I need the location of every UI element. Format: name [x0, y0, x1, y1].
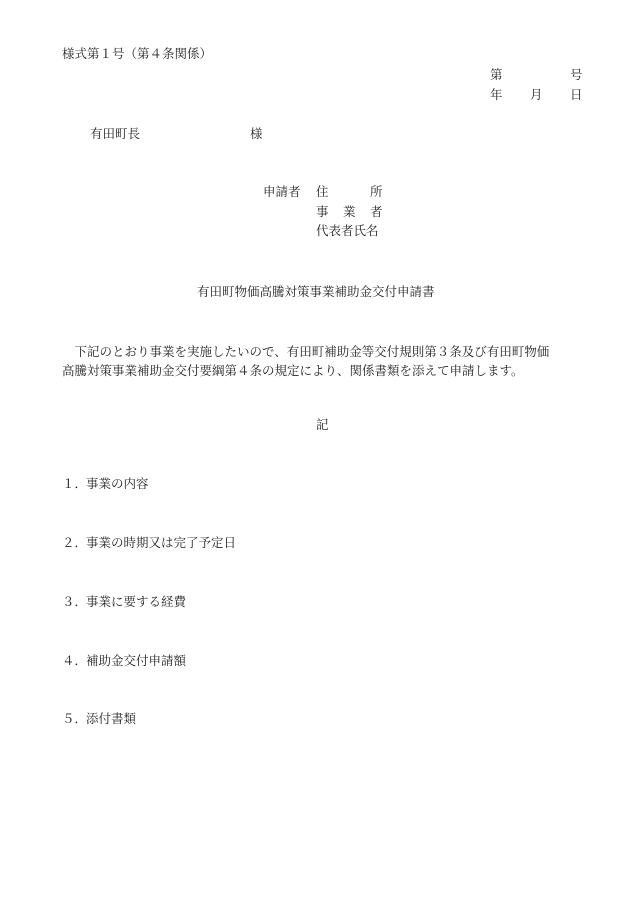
item-label: 事業の内容	[86, 476, 149, 491]
list-item: ３．事業に要する経費	[62, 596, 186, 609]
applicant-address-label-2: 所	[370, 186, 383, 199]
item-label: 事業に要する経費	[86, 594, 186, 609]
date-month-label: 月	[530, 89, 543, 102]
applicant-address-label-1: 住	[316, 186, 329, 199]
body-line-1: 下記のとおり事業を実施したいので、有田町補助金等交付規則第３条及び有田町物価	[62, 342, 592, 361]
addressee-name: 有田町長	[90, 128, 140, 141]
date-year-label: 年	[490, 89, 503, 102]
applicant-business-label-2: 業	[343, 206, 356, 219]
item-number: ２．	[62, 537, 86, 550]
item-number: ５．	[62, 713, 86, 726]
item-label: 添付書類	[86, 711, 136, 726]
list-item: ２．事業の時期又は完了予定日	[62, 537, 236, 550]
date-day-label: 日	[570, 89, 583, 102]
ki-heading: 記	[316, 419, 329, 432]
applicant-business-label-1: 事	[316, 206, 329, 219]
body-paragraph: 下記のとおり事業を実施したいので、有田町補助金等交付規則第３条及び有田町物価 高…	[62, 342, 592, 380]
list-item: ５．添付書類	[62, 713, 136, 726]
form-id: 様式第１号（第４条関係）	[62, 48, 212, 61]
applicant-representative-label: 代表者氏名	[316, 225, 379, 238]
doc-number-prefix: 第	[490, 69, 503, 82]
item-number: １．	[62, 478, 86, 491]
document-title: 有田町物価高騰対策事業補助金交付申請書	[197, 286, 435, 299]
list-item: １．事業の内容	[62, 478, 149, 491]
body-line-2: 高騰対策事業補助金交付要綱第４条の規定により、関係書類を添えて申請します。	[62, 361, 592, 380]
list-item: ４．補助金交付申請額	[62, 655, 186, 668]
item-number: ４．	[62, 655, 86, 668]
addressee-honorific: 様	[250, 128, 263, 141]
item-number: ３．	[62, 596, 86, 609]
applicant-business-label-3: 者	[370, 206, 383, 219]
item-label: 事業の時期又は完了予定日	[86, 535, 236, 550]
applicant-label: 申請者	[263, 186, 301, 199]
doc-number-suffix: 号	[570, 69, 583, 82]
item-label: 補助金交付申請額	[86, 653, 186, 668]
